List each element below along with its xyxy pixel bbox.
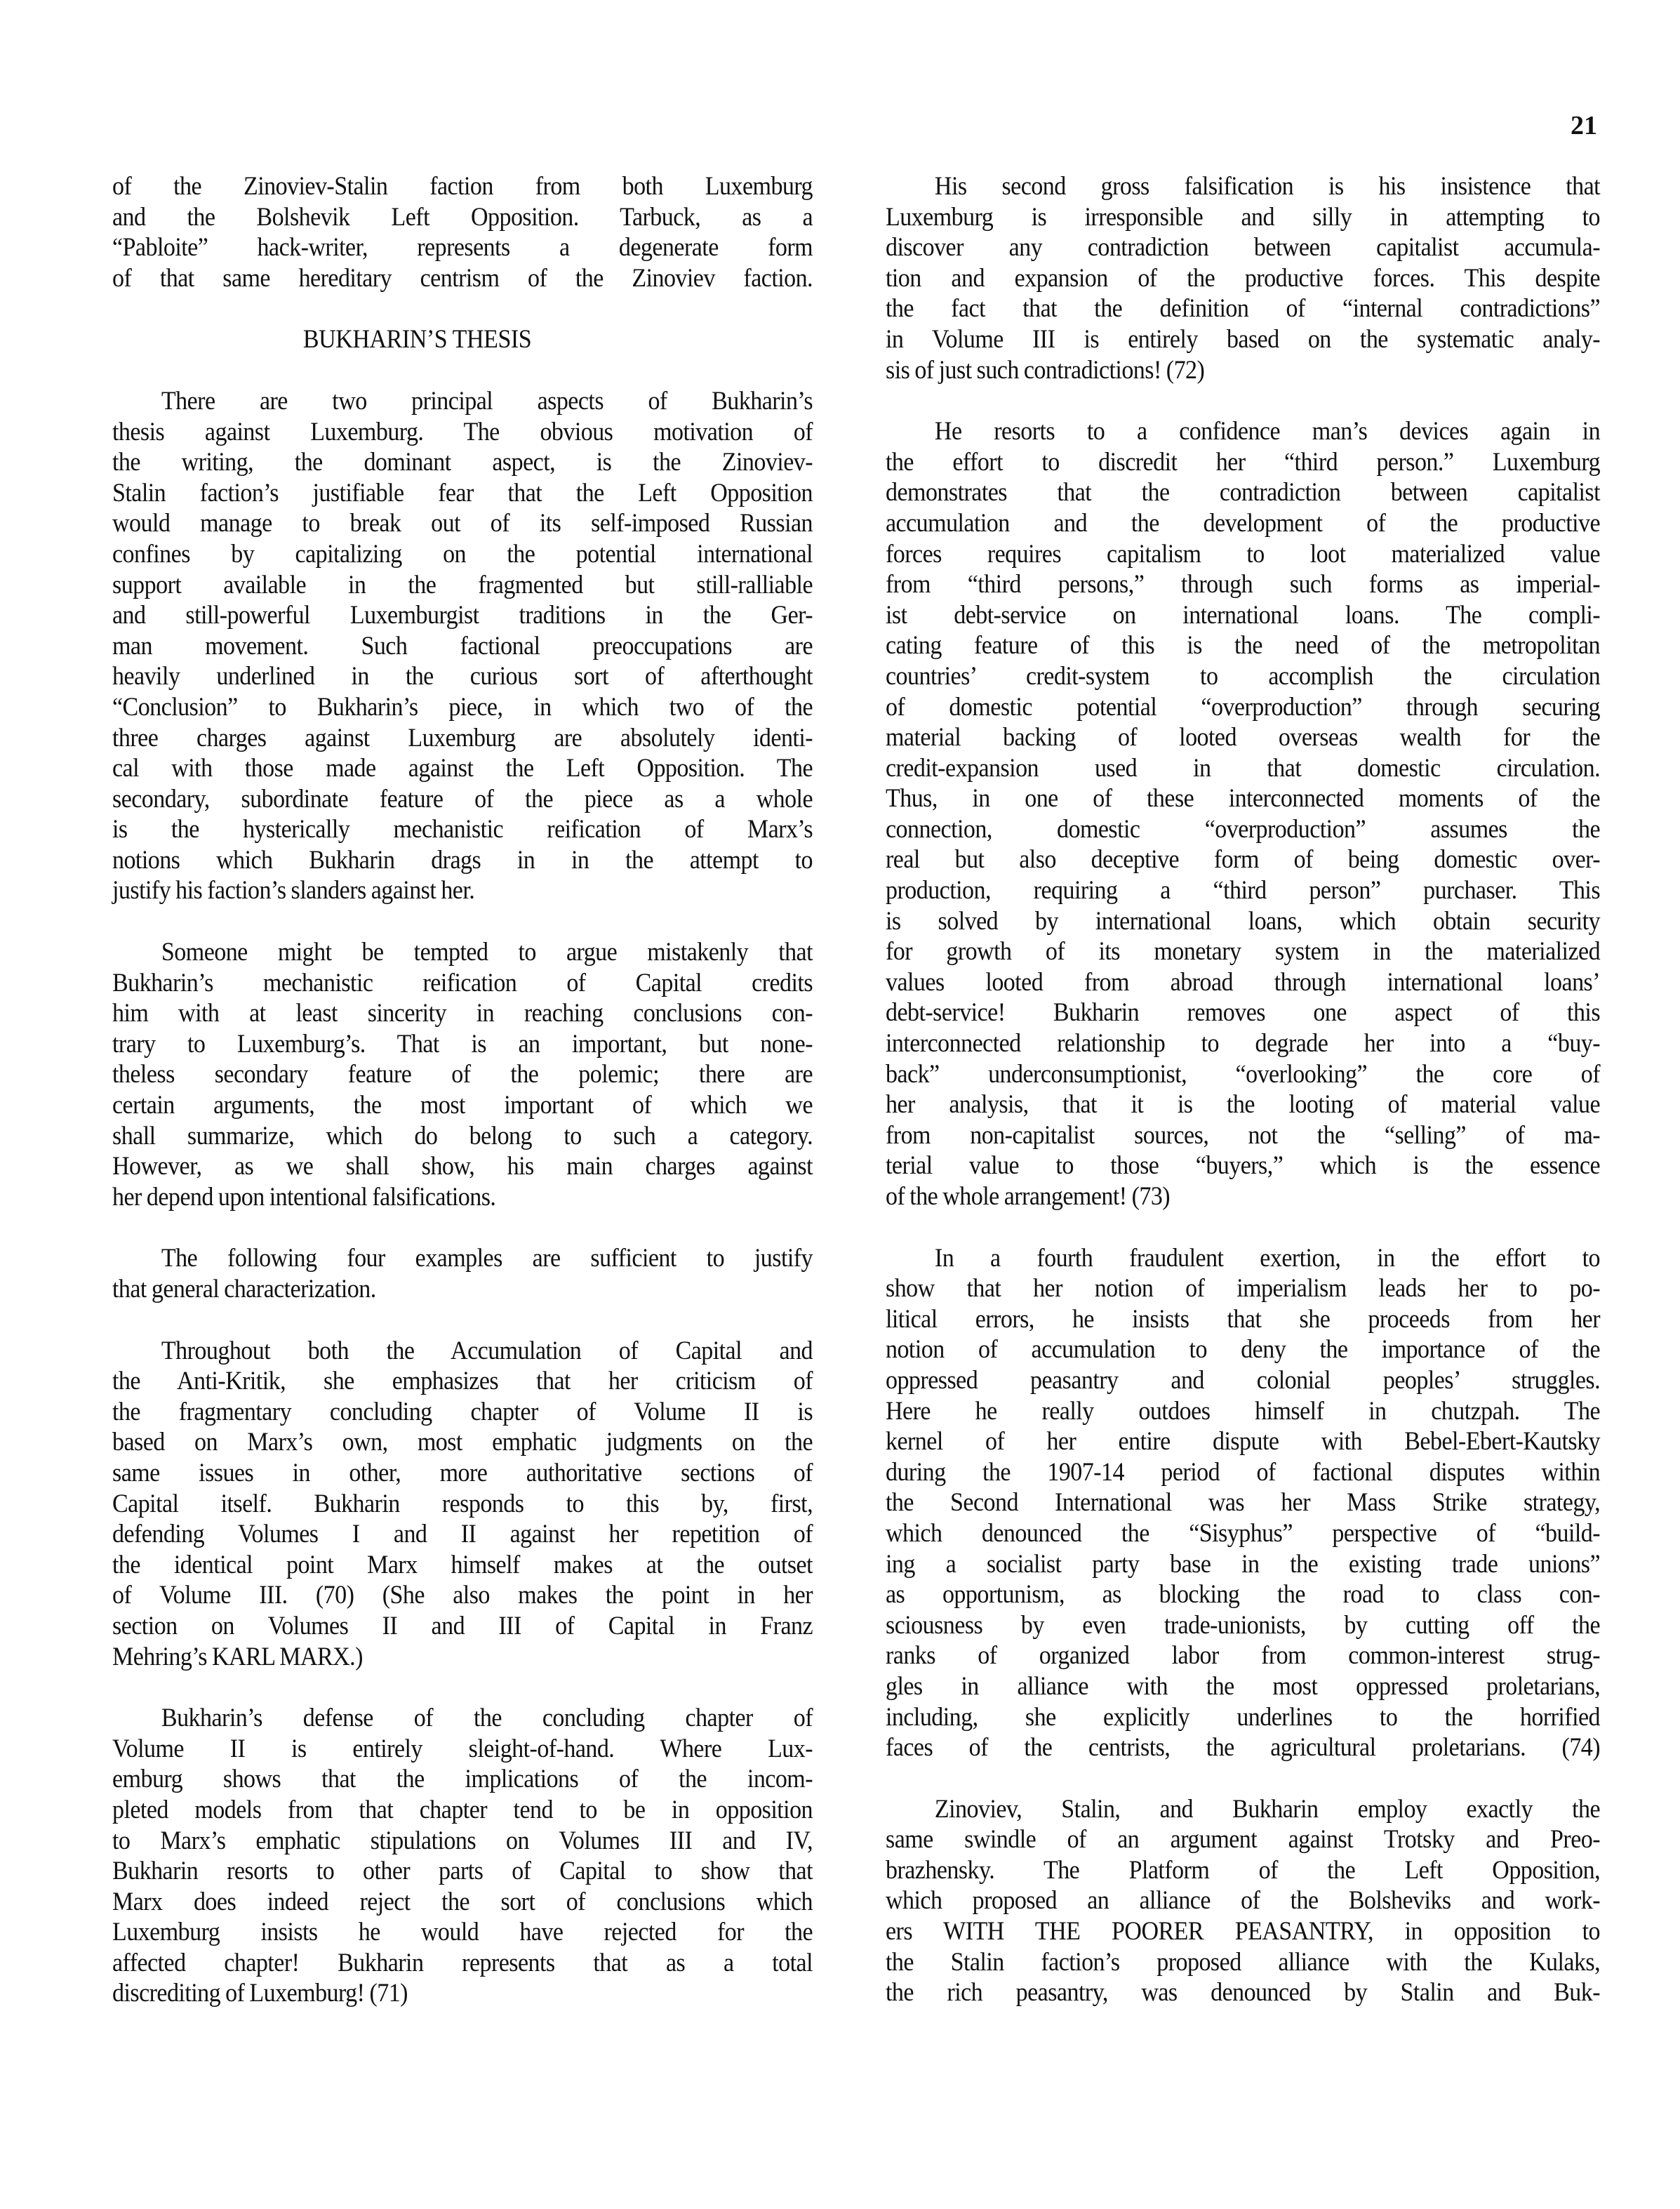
spacer [112,1212,813,1243]
text-line: thesis against Luxemburg. The obvious mo… [112,417,813,448]
text-line: Someone might be tempted to argue mistak… [112,937,813,968]
text-line: Stalin faction’s justifiable fear that t… [112,478,813,509]
text-line: back” underconsumptionist, “overlooking”… [886,1059,1600,1090]
text-line: theless secondary feature of the polemic… [112,1059,813,1090]
text-line: would manage to break out of its self-im… [112,508,813,539]
text-line: in Volume III is entirely based on the s… [886,324,1600,355]
text-line: support available in the fragmented but … [112,570,813,601]
text-line: man movement. Such factional preoccupati… [112,631,813,662]
text-line: discover any contradiction between capit… [886,232,1600,263]
spacer [112,906,813,937]
text-line: section on Volumes II and III of Capital… [112,1611,813,1642]
text-line: based on Marx’s own, most emphatic judgm… [112,1427,813,1458]
text-line: discrediting of Luxemburg! (71) [112,1978,813,2009]
spacer [112,355,813,386]
text-line: Luxemburg insists he would have rejected… [112,1917,813,1948]
paragraph-throughout: Throughout both the Accumulation of Capi… [112,1336,813,1673]
spacer [886,1212,1600,1243]
text-line: defending Volumes I and II against her r… [112,1519,813,1550]
text-line: connection, domestic “overproduction” as… [886,814,1600,845]
text-line: sis of just such contradictions! (72) [886,355,1600,386]
text-line: ranks of organized labor from common-int… [886,1640,1600,1671]
text-line: emburg shows that the implications of th… [112,1764,813,1795]
spacer [886,1763,1600,1794]
text-line: Marx does indeed reject the sort of conc… [112,1887,813,1918]
text-line: from “third persons,” through such forms… [886,569,1600,600]
text-line: Zinoviev, Stalin, and Bukharin employ ex… [886,1794,1600,1825]
text-line: confines by capitalizing on the potentia… [112,539,813,570]
text-line: cating feature of this is the need of th… [886,630,1600,661]
text-line: ing a socialist party base in the existi… [886,1549,1600,1580]
text-line: as opportunism, as blocking the road to … [886,1579,1600,1610]
text-line: terial value to those “buyers,” which is… [886,1150,1600,1181]
text-line: faces of the centrists, the agricultural… [886,1732,1600,1763]
text-line: the identical point Marx himself makes a… [112,1550,813,1581]
text-line: of the whole arrangement! (73) [886,1181,1600,1212]
text-line: him with at least sincerity in reaching … [112,998,813,1029]
text-line: brazhensky. The Platform of the Left Opp… [886,1855,1600,1886]
text-line: the Stalin faction’s proposed alliance w… [886,1947,1600,1978]
paragraph-someone-might: Someone might be tempted to argue mistak… [112,937,813,1212]
text-line: debt-service! Bukharin removes one aspec… [886,997,1600,1028]
text-line: Here he really outdoes himself in chutzp… [886,1396,1600,1427]
text-line: His second gross falsification is his in… [886,171,1600,202]
text-line: justify his faction’s slanders against h… [112,875,813,906]
text-line: which denounced the “Sisyphus” perspecti… [886,1518,1600,1549]
text-line: for growth of its monetary system in the… [886,936,1600,967]
text-line: Bukharin resorts to other parts of Capit… [112,1856,813,1887]
text-line: the effort to discredit her “third perso… [886,447,1600,478]
text-line: the rich peasantry, was denounced by Sta… [886,1977,1600,2008]
text-line: There are two principal aspects of Bukha… [112,386,813,417]
text-line: Bukharin’s mechanistic reification of Ca… [112,968,813,999]
text-line: sciousness by even trade-unionists, by c… [886,1610,1600,1641]
text-line: real but also deceptive form of being do… [886,844,1600,875]
text-line: material backing of looted overseas weal… [886,722,1600,753]
text-line: Throughout both the Accumulation of Capi… [112,1336,813,1367]
text-line: tion and expansion of the productive for… [886,263,1600,294]
text-line: production, requiring a “third person” p… [886,875,1600,906]
text-line: countries’ credit-system to accomplish t… [886,661,1600,692]
text-line: interconnected relationship to degrade h… [886,1028,1600,1059]
text-line: Volume II is entirely sleight-of-hand. W… [112,1734,813,1765]
text-line: of the Zinoviev-Stalin faction from both… [112,171,813,202]
text-line: of Volume III. (70) (She also makes the … [112,1580,813,1611]
text-line: gles in alliance with the most oppressed… [886,1671,1600,1702]
right-column: His second gross falsification is his in… [886,171,1600,2008]
text-line: certain arguments, the most important of… [112,1090,813,1121]
spacer [112,293,813,324]
left-column: of the Zinoviev-Stalin faction from both… [112,171,813,2009]
text-line: from non-capitalist sources, not the “se… [886,1120,1600,1151]
text-line: which proposed an alliance of the Bolshe… [886,1885,1600,1916]
spacer [112,1672,813,1703]
text-line: the fragmentary concluding chapter of Vo… [112,1397,813,1428]
paragraph-bukharin-defense: Bukharin’s defense of the concluding cha… [112,1703,813,2009]
text-line: kernel of her entire dispute with Bebel-… [886,1426,1600,1457]
text-line: litical errors, he insists that she proc… [886,1304,1600,1335]
text-line: the Second International was her Mass St… [886,1487,1600,1518]
text-line: Bukharin’s defense of the concluding cha… [112,1703,813,1734]
text-line: show that her notion of imperialism lead… [886,1273,1600,1304]
text-line: forces requires capitalism to loot mater… [886,539,1600,570]
text-line: shall summarize, which do belong to such… [112,1121,813,1152]
text-line: pleted models from that chapter tend to … [112,1795,813,1826]
text-line: Mehring’s KARL MARX.) [112,1642,813,1673]
text-line: The following four examples are sufficie… [112,1243,813,1274]
text-line: her depend upon intentional falsificatio… [112,1182,813,1213]
text-line: of domestic potential “overproduction” t… [886,692,1600,723]
text-line: accumulation and the development of the … [886,508,1600,539]
text-line: values looted from abroad through intern… [886,967,1600,998]
text-line: and still-powerful Luxemburgist traditio… [112,600,813,631]
text-line: that general characterization. [112,1274,813,1305]
text-line: the Anti-Kritik, she emphasizes that her… [112,1366,813,1397]
text-line: notions which Bukharin drags in in the a… [112,845,813,876]
text-line: secondary, subordinate feature of the pi… [112,784,813,815]
paragraph-zinoviev-stalin-bukharin: Zinoviev, Stalin, and Bukharin employ ex… [886,1794,1600,2008]
text-line: to Marx’s emphatic stipulations on Volum… [112,1826,813,1857]
text-line: including, she explicitly underlines to … [886,1702,1600,1733]
page-number: 21 [1571,112,1597,139]
text-line: of that same hereditary centrism of the … [112,263,813,294]
paragraph-four-examples: The following four examples are sufficie… [112,1243,813,1304]
text-line: and the Bolshevik Left Opposition. Tarbu… [112,202,813,233]
paragraph-fourth-exertion: In a fourth fraudulent exertion, in the … [886,1243,1600,1763]
text-line: “Pabloite” hack-writer, represents a deg… [112,232,813,263]
text-line: same issues in other, more authoritative… [112,1458,813,1489]
spacer [886,385,1600,416]
paragraph-two-aspects: There are two principal aspects of Bukha… [112,386,813,906]
text-line: heavily underlined in the curious sort o… [112,661,813,692]
text-line: cal with those made against the Left Opp… [112,753,813,784]
text-line: affected chapter! Bukharin represents th… [112,1948,813,1979]
text-line: ist debt-service on international loans.… [886,600,1600,631]
text-line: is the hysterically mechanistic reificat… [112,814,813,845]
text-line: during the 1907-14 period of factional d… [886,1457,1600,1488]
text-line: the writing, the dominant aspect, is the… [112,447,813,478]
continuation-paragraph: of the Zinoviev-Stalin faction from both… [112,171,813,293]
text-line: He resorts to a confidence man’s devices… [886,416,1600,447]
text-line: same swindle of an argument against Trot… [886,1824,1600,1855]
text-line: “Conclusion” to Bukharin’s piece, in whi… [112,692,813,723]
text-line: the fact that the definition of “interna… [886,293,1600,324]
text-line: credit-expansion used in that domestic c… [886,753,1600,784]
text-line: demonstrates that the contradiction betw… [886,477,1600,508]
paragraph-second-falsification: His second gross falsification is his in… [886,171,1600,385]
text-line: oppressed peasantry and colonial peoples… [886,1365,1600,1396]
text-line: Luxemburg is irresponsible and silly in … [886,202,1600,233]
text-line: three charges against Luxemburg are abso… [112,723,813,754]
text-line: However, as we shall show, his main char… [112,1151,813,1182]
text-line: In a fourth fraudulent exertion, in the … [886,1243,1600,1274]
spacer [112,1305,813,1336]
paragraph-third-person: He resorts to a confidence man’s devices… [886,416,1600,1212]
text-line: is solved by international loans, which … [886,906,1600,937]
text-line: Thus, in one of these interconnected mom… [886,783,1600,814]
section-heading: BUKHARIN’S THESIS [140,324,785,355]
text-line: ers WITH THE POORER PEASANTRY, in opposi… [886,1916,1600,1947]
text-line: her analysis, that it is the looting of … [886,1089,1600,1120]
text-line: notion of accumulation to deny the impor… [886,1334,1600,1365]
text-line: trary to Luxemburg’s. That is an importa… [112,1029,813,1060]
text-line: Capital itself. Bukharin responds to thi… [112,1489,813,1520]
